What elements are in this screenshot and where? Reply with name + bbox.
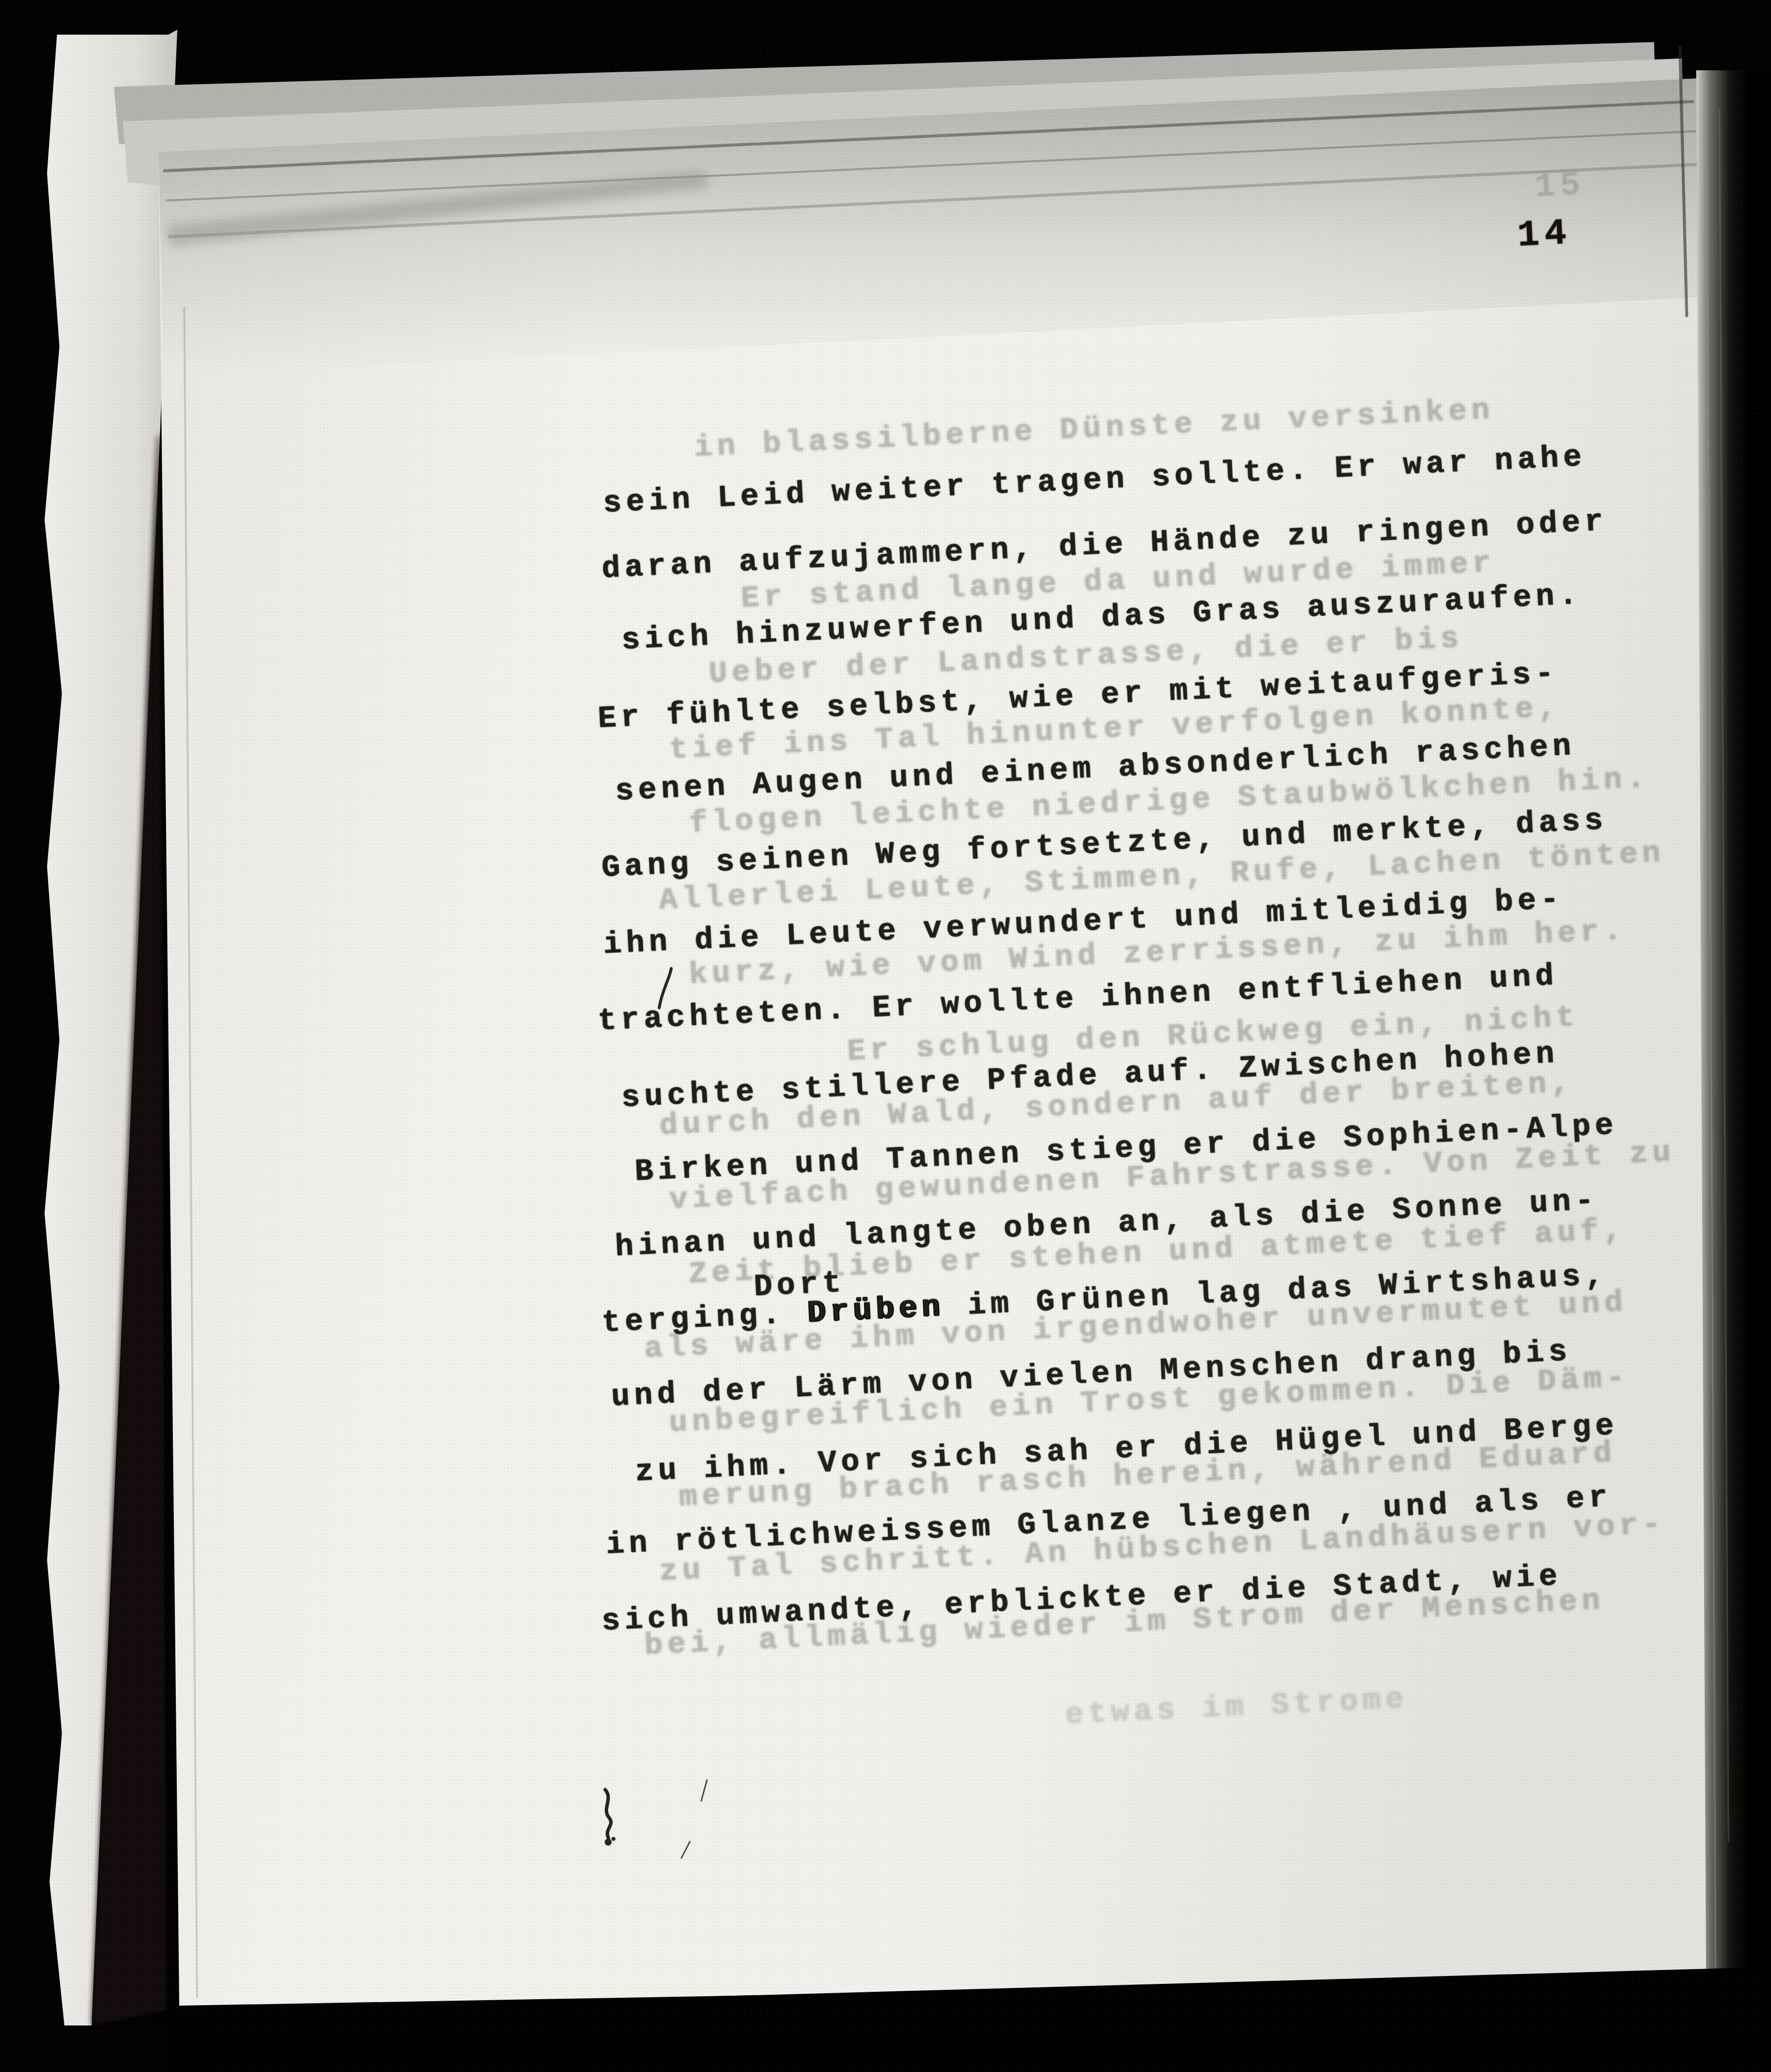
scanned-manuscript-photo: 15 14 in blassilberne Dünste zu versinke… [0, 0, 1771, 2072]
correction-slash-mark [653, 965, 677, 1011]
page-number: 14 [1516, 213, 1572, 257]
ink-squiggle-mark [596, 1786, 623, 1852]
ghost-page-number: 15 [1534, 166, 1586, 207]
overtyped-word: Drüben [807, 1289, 945, 1331]
